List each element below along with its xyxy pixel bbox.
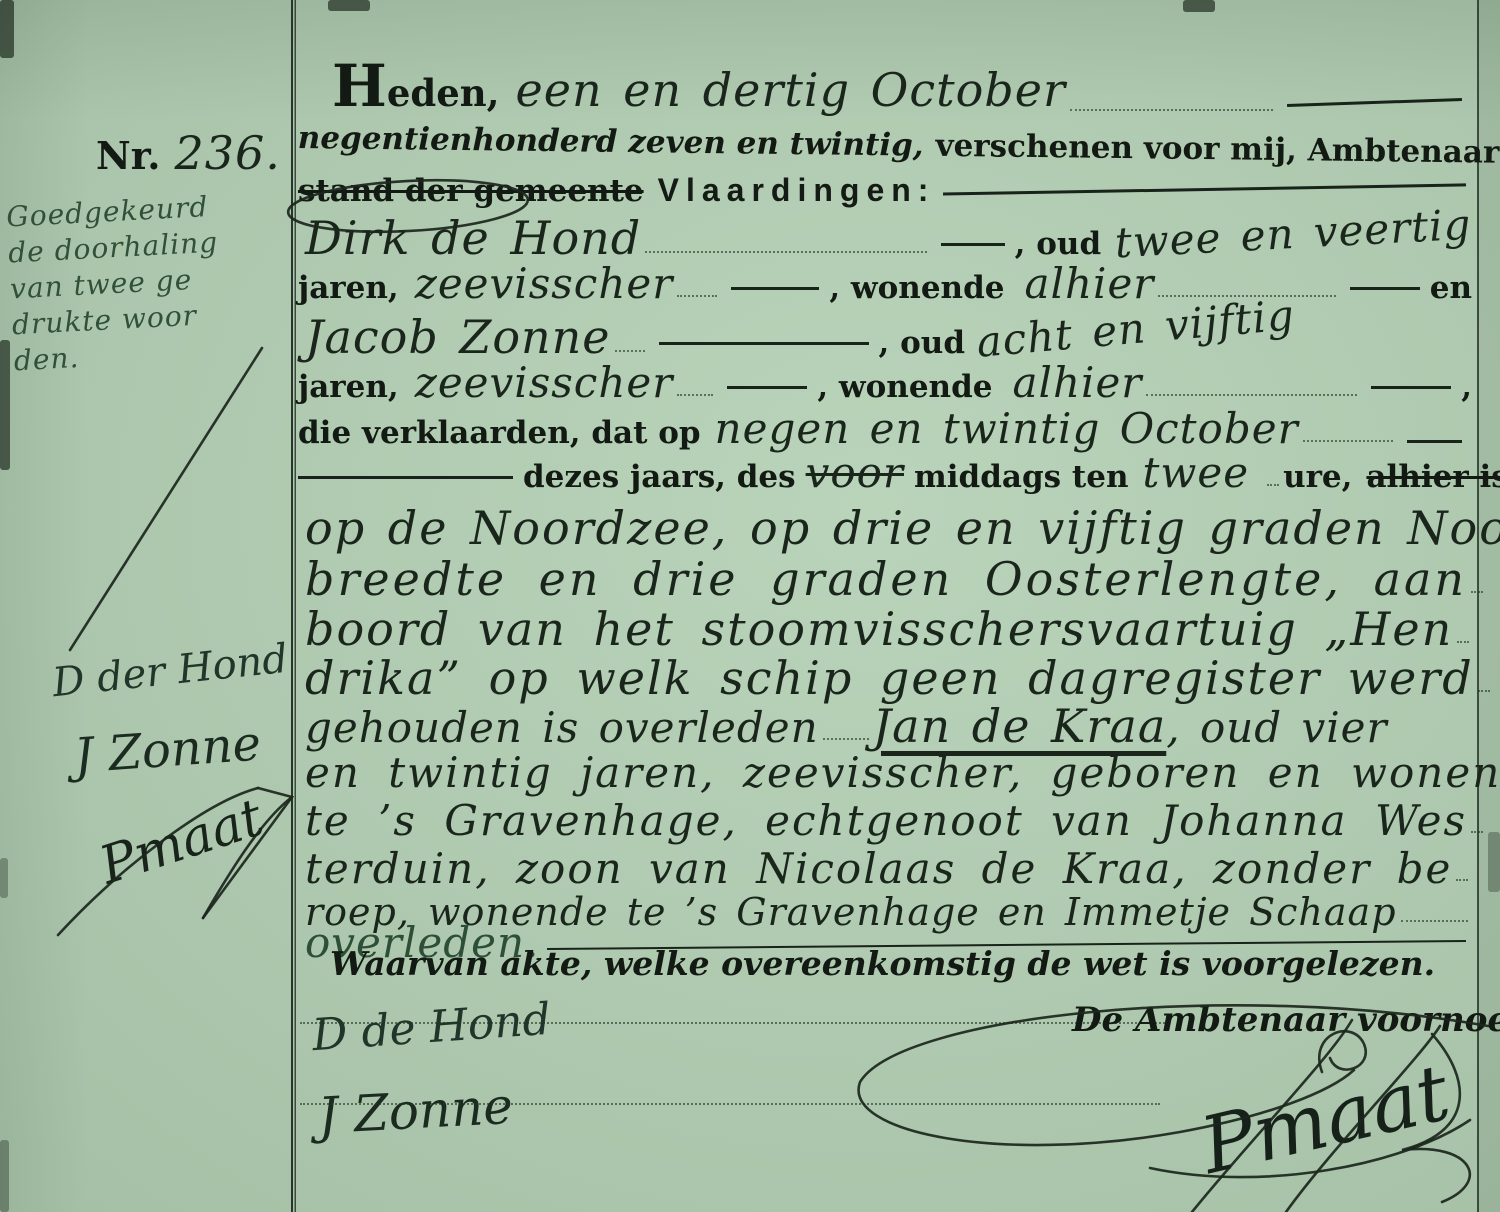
- declarant2-name: Jacob Zonne: [305, 314, 611, 360]
- handwritten-text: en twintig jaren, zeevisscher, geboren e…: [305, 752, 1500, 794]
- printed-text: Heden,: [332, 52, 500, 120]
- declarant2-residence: alhier: [1012, 362, 1142, 404]
- printed-text: , wonende: [829, 270, 1004, 306]
- scan-artifact: [0, 340, 10, 470]
- handwritten-text: gehouden is overleden: [305, 707, 819, 749]
- signature-dotted-line: [300, 1022, 1165, 1024]
- act-line-4: Dirk de Hond , oud twee en veertig: [305, 215, 1472, 262]
- act-line-12: boord van het stoomvisschersvaartuig „He…: [305, 606, 1472, 652]
- scan-artifact: [0, 1140, 9, 1212]
- declarant1-age: twee en veertig: [1114, 204, 1473, 265]
- act-number-label: Nr.: [96, 133, 161, 178]
- act-line-3: stand der gemeente Vlaardingen:: [298, 172, 1472, 209]
- act-line-13: drika” op welk schip geen dagregister we…: [305, 655, 1472, 701]
- act-line-10: op de Noordzee, op drie en vijftig grade…: [305, 505, 1472, 551]
- act-line-2: negentienhonderd zeven en twintig, versc…: [298, 120, 1472, 170]
- deceased-name: Jan de Kraa: [873, 703, 1167, 749]
- margin-diagonal-stroke: [70, 348, 262, 650]
- act-line-16: te ’s Gravenhage, echtgenoot van Johanna…: [305, 800, 1472, 842]
- printed-text: , oud: [1015, 226, 1101, 262]
- death-date: negen en twintig October: [715, 408, 1299, 450]
- act-line-14: gehouden is overleden Jan de Kraa , oud …: [305, 703, 1472, 749]
- margin-witness1-signature: D der Hond: [50, 636, 290, 706]
- witness1-signature: D de Hond: [311, 994, 553, 1062]
- scan-artifact: [1183, 0, 1215, 12]
- printed-text-struck: stand der gemeente: [298, 173, 644, 209]
- scan-artifact: [1488, 832, 1500, 892]
- margin-approval-note: Goedgekeurd de doorhaling van twee ge dr…: [5, 185, 299, 380]
- printed-closing: Waarvan akte, welke overeenkomstig de we…: [330, 944, 1435, 983]
- printed-text-struck: alhier is: [1366, 459, 1500, 495]
- margin-official-signature: Pmaat: [93, 788, 271, 897]
- death-certificate-scan: Nr. 236. Goedgekeurd de doorhaling van t…: [0, 0, 1500, 1212]
- handwritten-text: op de Noordzee, op drie en vijftig grade…: [305, 505, 1500, 551]
- printed-text: en: [1430, 270, 1472, 306]
- act-closing-line: Waarvan akte, welke overeenkomstig de we…: [330, 944, 1472, 983]
- act-line-1: Heden, een en dertig October: [332, 52, 1472, 120]
- declarant1-residence: alhier: [1024, 263, 1154, 305]
- handwritten-text: te ’s Gravenhage, echtgenoot van Johanna…: [305, 800, 1467, 842]
- margin-witness2-signature: J Zonne: [72, 716, 262, 785]
- official-signature: Pmaat: [1193, 1048, 1458, 1192]
- handwritten-text: breedte en drie graden Oosterlengte, aan: [305, 556, 1467, 602]
- printed-text: jaren,: [298, 270, 399, 306]
- scan-artifact: [328, 0, 370, 11]
- printed-text: jaren,: [298, 369, 399, 405]
- handwritten-text: terduin, zoon van Nicolaas de Kraa, zond…: [305, 848, 1452, 890]
- printed-text: , wonende: [817, 369, 992, 405]
- act-line-7: jaren, zeevisscher , wonende alhier ,: [298, 362, 1472, 405]
- act-line-5: jaren, zeevisscher , wonende alhier en: [298, 263, 1472, 306]
- handwritten-text: , oud vier: [1166, 707, 1387, 749]
- act-line-9: dezes jaars, des voor middags ten twee u…: [298, 452, 1472, 495]
- printed-text: ,: [1461, 369, 1472, 405]
- witness2-signature: J Zonne: [317, 1077, 515, 1145]
- act-line-17: terduin, zoon van Nicolaas de Kraa, zond…: [305, 848, 1472, 890]
- act-number-value: 236.: [175, 130, 281, 176]
- act-line-8: die verklaarden, dat op negen en twintig…: [298, 408, 1472, 451]
- scan-artifact: [0, 858, 8, 898]
- printed-text: ure,: [1283, 459, 1352, 495]
- printed-text: dezes jaars, des: [523, 459, 796, 495]
- printed-text: negentienhonderd zeven en twintig,: [298, 120, 924, 164]
- margin-vertical-rule: [291, 0, 296, 1212]
- act-line-15: en twintig jaren, zeevisscher, geboren e…: [305, 752, 1472, 794]
- scan-artifact: [0, 0, 14, 58]
- declarant2-occupation: zeevisscher: [415, 362, 674, 404]
- official-label: De Ambtenaar voornoemd,: [1072, 1000, 1500, 1040]
- municipality-name: Vlaardingen:: [658, 172, 936, 209]
- act-line-11: breedte en drie graden Oosterlengte, aan: [305, 556, 1472, 602]
- printed-text: die verklaarden, dat op: [298, 415, 701, 451]
- declarant1-name: Dirk de Hond: [305, 215, 641, 261]
- handwritten-text: boord van het stoomvisschersvaartuig „He…: [305, 606, 1453, 652]
- handwritten-struck-word: voor: [806, 452, 904, 494]
- handwritten-date: een en dertig October: [516, 67, 1066, 113]
- death-hour: twee: [1143, 452, 1250, 494]
- printed-text: middags ten: [914, 459, 1129, 495]
- signature-dotted-line: [300, 1103, 1160, 1105]
- handwritten-text: drika” op welk schip geen dagregister we…: [305, 655, 1474, 701]
- declarant1-occupation: zeevisscher: [415, 263, 674, 305]
- printed-text: , oud: [879, 325, 965, 361]
- act-number: Nr. 236.: [96, 130, 281, 178]
- act-line-6: Jacob Zonne , oud acht en vijftig: [305, 314, 1472, 361]
- printed-text: verschenen voor mij, Ambtenaar van den b…: [935, 128, 1500, 175]
